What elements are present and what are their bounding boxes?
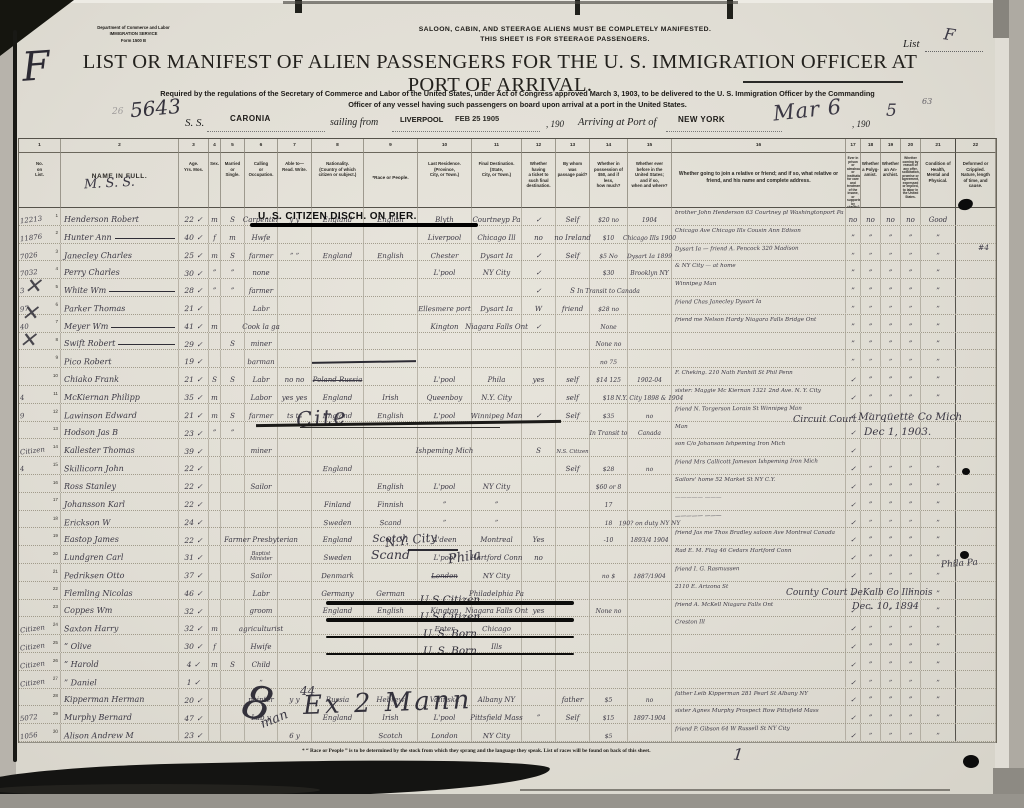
cell-ticket: ✓ xyxy=(522,243,556,260)
column-number-22: 22 xyxy=(956,139,996,153)
cell-race: English xyxy=(364,404,418,421)
cell-ticket xyxy=(522,724,556,741)
cell-passage-paid xyxy=(556,333,590,350)
cell-polygamist: ” xyxy=(861,475,881,492)
cell-before-in-us xyxy=(628,493,672,510)
cell-sex xyxy=(209,600,221,617)
column-header-13: By whom was passage paid? xyxy=(556,153,590,208)
cell-occupation: Sailor xyxy=(245,564,278,581)
column-header-12: Whether having a ticket to such final de… xyxy=(522,153,556,208)
cell-read-write: no no xyxy=(278,368,312,385)
cell-health: ” xyxy=(921,368,956,385)
ss-label: S. S. xyxy=(185,117,204,129)
cell-prison: ” xyxy=(846,244,861,261)
cell-health: ” xyxy=(921,226,956,243)
cell-list-number: 11876 2 xyxy=(19,226,61,243)
cell-read-write xyxy=(278,493,312,510)
cell-name: ” Olive xyxy=(61,635,179,652)
cell-ticket: ✓ xyxy=(522,404,556,421)
cell-read-write xyxy=(278,582,312,599)
cell-passage-paid xyxy=(556,724,590,741)
cell-sex: f xyxy=(209,635,221,652)
cell-name: Coppes Wm xyxy=(61,600,179,617)
list-number-handwritten: 12213 xyxy=(20,215,43,225)
cell-joining-relative: sister Agnes Murphy Prospect Row Pittsfi… xyxy=(672,706,846,723)
strike-line xyxy=(408,549,458,551)
line-number: 6 xyxy=(55,302,58,307)
column-number-2: 2 xyxy=(61,139,179,153)
cell-ticket xyxy=(522,564,556,581)
cell-ticket xyxy=(522,457,556,474)
cell-money: $28 xyxy=(590,457,628,474)
line-number: 30 xyxy=(53,730,58,735)
cell-money: In Transit to xyxy=(590,422,628,439)
cell-last-residence: L'pool xyxy=(418,368,472,385)
column-header-18: Whether a Polyg- amist. xyxy=(861,153,881,208)
cell-ticket xyxy=(522,493,556,510)
cell-married-single xyxy=(221,350,245,367)
cell-ticket: ✓ xyxy=(522,315,556,332)
column-header-6: Calling or Occupation. xyxy=(245,153,278,208)
line-number: 20 xyxy=(53,552,58,557)
cell-last-residence xyxy=(418,350,472,367)
column-number-3: 3 xyxy=(179,139,209,153)
cell-anarchist: ” xyxy=(881,386,901,403)
cell-name: Flemling Nicolas xyxy=(61,582,179,599)
cell-destination xyxy=(472,457,522,474)
cell-age: 22 ✓ xyxy=(179,475,209,492)
cell-destination xyxy=(472,422,522,439)
cell-destination: NY City xyxy=(472,724,522,741)
cell-joining-relative: friend I. G. Rasmussen xyxy=(672,563,846,581)
cell-ticket xyxy=(522,350,556,367)
cell-anarchist: ” xyxy=(881,564,901,581)
cell-sex: ” xyxy=(209,422,221,439)
manifest-row: 16 Ross Stanley 22 ✓ Sailor English L'po… xyxy=(19,475,996,493)
cell-sex: m xyxy=(209,653,221,670)
notice-line-2: THIS SHEET IS FOR STEERAGE PASSENGERS. xyxy=(330,36,800,43)
cell-name: Pico Robert xyxy=(61,350,179,368)
cell-contract-labor: ” xyxy=(901,510,921,527)
cell-last-residence: L'pool xyxy=(418,261,472,278)
cell-before-in-us: 1897-1904 xyxy=(628,706,672,723)
cell-ticket: S xyxy=(522,439,556,456)
cell-last-residence: Chester xyxy=(418,243,472,260)
cell-destination: ” xyxy=(472,493,522,510)
cell-contract-labor: ” xyxy=(901,546,921,563)
cell-list-number: 17 xyxy=(19,493,61,510)
line-number: 2 xyxy=(55,231,58,236)
court-note-row14-place: Marquette Co Mich xyxy=(858,411,962,423)
cell-health: ” xyxy=(921,510,956,527)
cell-age: 23 ✓ xyxy=(179,422,209,439)
cell-polygamist: ” xyxy=(861,528,881,545)
cell-destination: Winnipeg Man xyxy=(472,404,522,421)
cell-destination: NY City xyxy=(472,475,522,492)
cell-name: McKiernan Philipp xyxy=(61,386,179,403)
tally-scrawl: Ex 2 Mann xyxy=(303,685,473,721)
scan-left-edge xyxy=(13,30,17,762)
manifest-row: 3 5 White Wm 28 ✓ ” ” farmer ✓ S In Tran… xyxy=(19,279,996,297)
cell-before-in-us xyxy=(628,617,672,634)
manifest-row: 7032 4 Perry Charles 30 ✓ ” ” none L'poo… xyxy=(19,261,996,279)
cell-destination xyxy=(472,350,522,367)
cell-deformed xyxy=(956,706,996,723)
cell-ticket: yes xyxy=(522,368,556,385)
cell-contract-labor: ” xyxy=(901,350,921,367)
cell-name: Ross Stanley xyxy=(61,475,179,492)
us-born-strike: U. S. Born xyxy=(330,628,570,640)
cell-health: ” xyxy=(921,350,956,367)
us-citizen-strike: U S Citizen xyxy=(330,594,570,606)
column-number-1: 1 xyxy=(19,139,61,153)
cell-money: $15 xyxy=(590,706,628,723)
cell-nationality: Poland Russia xyxy=(312,368,364,385)
cell-ticket: ✓ xyxy=(522,279,556,296)
column-number-14: 14 xyxy=(590,139,628,153)
cell-polygamist: ” xyxy=(861,546,881,563)
cell-occupation: Farmer Presbyterian xyxy=(245,528,278,545)
cell-before-in-us xyxy=(628,724,672,741)
cell-anarchist: ” xyxy=(881,244,901,261)
cell-money xyxy=(590,439,628,456)
ink-blot xyxy=(962,468,970,475)
cell-sex xyxy=(209,350,221,367)
cell-married-single xyxy=(221,510,245,527)
cell-age: 22 ✓ xyxy=(179,208,209,225)
cell-race xyxy=(364,226,418,243)
cell-age: 37 ✓ xyxy=(179,564,209,581)
cell-polygamist: ” xyxy=(861,279,881,296)
cell-occupation: Labr xyxy=(245,582,278,599)
cell-read-write xyxy=(278,261,312,278)
cell-sex: m xyxy=(209,617,221,634)
cell-nationality xyxy=(312,261,364,278)
cell-prison: ✓ xyxy=(846,671,861,688)
cell-occupation: farmer xyxy=(245,279,278,296)
cell-deformed xyxy=(956,439,996,456)
cell-money: None no xyxy=(590,333,628,350)
cell-age: 29 ✓ xyxy=(179,333,209,350)
list-number-handwritten: 1056 xyxy=(20,732,39,741)
cell-read-write: 6 y xyxy=(278,724,312,741)
cell-age: 1 ✓ xyxy=(179,671,209,688)
cell-deformed xyxy=(956,510,996,527)
line-number: 10 xyxy=(53,374,58,379)
column-number-row: 12345678910111213141516171819202122 xyxy=(19,139,996,153)
cell-before-in-us xyxy=(628,546,672,563)
cell-name: Chiako Frank xyxy=(61,368,179,385)
cell-list-number: Citizen 24 xyxy=(19,617,61,634)
cell-read-write xyxy=(278,297,312,314)
line-number: 16 xyxy=(53,481,58,486)
line-number: 15 xyxy=(53,463,58,468)
cell-anarchist: ” xyxy=(881,368,901,385)
list-number-handwritten: 9 xyxy=(20,412,25,420)
cell-sex xyxy=(209,671,221,688)
cell-race xyxy=(364,350,418,367)
line-number: 24 xyxy=(53,623,58,628)
cell-list-number: 19 xyxy=(19,528,61,545)
cell-deformed xyxy=(956,208,996,225)
manifest-row: 12213 1 Henderson Robert 22 ✓ m S Carpen… xyxy=(19,208,996,226)
cell-prison: ” xyxy=(846,279,861,296)
cell-money xyxy=(590,582,628,599)
cell-read-write xyxy=(278,457,312,474)
cell-health: ” xyxy=(921,706,956,723)
cell-money: None no xyxy=(590,600,628,617)
cell-sex: m xyxy=(209,208,221,225)
cell-age: 32 ✓ xyxy=(179,617,209,634)
cell-prison: ” xyxy=(846,261,861,278)
cell-polygamist: ” xyxy=(861,297,881,314)
cell-list-number: 22 xyxy=(19,582,61,599)
cell-last-residence: London xyxy=(418,564,472,581)
cell-contract-labor: ” xyxy=(901,724,921,741)
cell-anarchist: ” xyxy=(881,724,901,741)
cell-health: ” xyxy=(921,297,956,314)
cell-before-in-us: no xyxy=(628,457,672,474)
column-number-21: 21 xyxy=(921,139,956,153)
column-header-15: Whether ever before in the United States… xyxy=(628,153,672,208)
line-number: 22 xyxy=(53,587,58,592)
cell-before-in-us: N.Y. City 1898 & 1904 xyxy=(628,386,672,403)
court-note-row24-date: Dec. 10, 1894 xyxy=(852,601,919,612)
court-note-row14: Circuit Court xyxy=(793,414,857,425)
cell-age: 22 ✓ xyxy=(179,493,209,510)
cell-nationality xyxy=(312,226,364,243)
sheet-number-handwritten: 5643 xyxy=(129,94,182,122)
cell-passage-paid xyxy=(556,510,590,527)
line-number: 9 xyxy=(55,356,58,361)
cell-race xyxy=(364,564,418,581)
list-number-handwritten: Citizen xyxy=(20,660,46,670)
cell-list-number: 10 xyxy=(19,368,61,385)
cell-contract-labor: ” xyxy=(901,226,921,243)
cell-contract-labor xyxy=(901,439,921,456)
cell-joining-relative: & NY City — at home xyxy=(672,261,846,278)
column-number-12: 12 xyxy=(522,139,556,153)
cell-polygamist: ” xyxy=(861,617,881,634)
scan-bottom-edge xyxy=(520,789,950,791)
cell-health: ” xyxy=(921,617,956,634)
arriving-at-port-label: Arriving at Port of xyxy=(578,117,656,128)
ink-blot xyxy=(963,755,979,768)
cell-name: White Wm xyxy=(61,279,179,296)
cell-name: Henderson Robert xyxy=(61,208,179,225)
cell-age: 23 ✓ xyxy=(179,724,209,741)
cell-married-single xyxy=(221,582,245,599)
cell-prison: ✓ xyxy=(846,635,861,652)
cell-contract-labor: ” xyxy=(901,564,921,581)
cell-before-in-us xyxy=(628,439,672,456)
year-190-print: , 190 xyxy=(546,119,564,129)
cell-name: Saxton Harry xyxy=(61,617,179,635)
strike-line xyxy=(300,427,500,428)
cell-married-single xyxy=(221,457,245,474)
cell-anarchist: ” xyxy=(881,635,901,652)
cell-prison: ✓ xyxy=(846,457,861,474)
cell-nationality xyxy=(312,724,364,741)
manifest-row: 11876 2 Hunter Ann 40 ✓ f m Hwfe Liverpo… xyxy=(19,226,996,244)
list-number-handwritten: Citizen xyxy=(20,447,46,457)
cell-passage-paid: N.S. Citizen xyxy=(556,439,590,456)
cell-age: 20 ✓ xyxy=(179,689,209,706)
column-number-7: 7 xyxy=(278,139,312,153)
cell-polygamist: ” xyxy=(861,386,881,403)
cell-occupation: Cook la ga xyxy=(245,315,278,332)
cell-money: -10 xyxy=(590,528,628,545)
cell-money xyxy=(590,653,628,670)
cell-married-single: S xyxy=(221,653,245,670)
cell-married-single xyxy=(221,493,245,510)
cell-prison: ” xyxy=(846,315,861,332)
cell-before-in-us xyxy=(628,333,672,350)
cell-anarchist: ” xyxy=(881,457,901,474)
cell-deformed xyxy=(956,226,996,243)
column-number-19: 19 xyxy=(881,139,901,153)
cell-before-in-us xyxy=(628,582,672,599)
cell-occupation: none xyxy=(245,261,278,278)
cell-nationality xyxy=(312,475,364,492)
arrival-port: NEW YORK xyxy=(678,115,725,124)
cell-polygamist: ” xyxy=(861,493,881,510)
cell-health: ” xyxy=(921,600,956,617)
cell-polygamist: ” xyxy=(861,261,881,278)
cell-married-single xyxy=(221,297,245,314)
cell-deformed xyxy=(956,724,996,741)
cell-ticket xyxy=(522,475,556,492)
cell-joining-relative: father Leib Kipperman 281 Pearl St Alban… xyxy=(672,689,846,706)
cell-health: ” xyxy=(921,386,956,403)
list-number-handwritten: 7026 xyxy=(20,251,39,260)
cell-before-in-us: Chicago Ills 1900 xyxy=(628,226,672,243)
cell-polygamist: no xyxy=(861,208,881,225)
cell-ticket: ✓ xyxy=(522,261,556,278)
cell-sex xyxy=(209,564,221,581)
manifest-row: 10 Chiako Frank 21 ✓ S S Labr no no Pola… xyxy=(19,368,996,386)
cell-read-write xyxy=(278,635,312,652)
cell-nationality: England xyxy=(312,386,364,403)
column-header-row: No. on List.NAME IN FULL.Age. Yrs. Mos.S… xyxy=(19,153,996,208)
cell-list-number: 1056 30 xyxy=(19,724,61,741)
page-number-handwritten: 1 xyxy=(732,745,744,765)
cell-nationality xyxy=(312,350,364,367)
cell-health: ” xyxy=(921,475,956,492)
cell-name: Alison Andrew M xyxy=(61,724,179,742)
cell-anarchist: ” xyxy=(881,671,901,688)
cell-money: $30 xyxy=(590,261,628,278)
cell-money: $14 125 xyxy=(590,368,628,385)
cell-deformed xyxy=(956,653,996,670)
cell-polygamist: ” xyxy=(861,510,881,527)
manifest-row: 5072 29 Murphy Bernard 47 ✓ Lab y Englan… xyxy=(19,706,996,724)
column-header-4: Sex. xyxy=(209,153,221,208)
cell-list-number: Citizen 27 xyxy=(19,671,61,688)
cell-read-write xyxy=(278,226,312,243)
cell-list-number: 5072 29 xyxy=(19,706,61,723)
line-number: 3 xyxy=(55,249,58,254)
cell-health xyxy=(921,439,956,456)
cell-deformed xyxy=(956,475,996,492)
column-number-5: 5 xyxy=(221,139,245,153)
line-number: 14 xyxy=(53,445,58,450)
manifest-row: 20 Lundgren Carl 31 ✓ Baptist Minister S… xyxy=(19,546,996,564)
cell-health: ” xyxy=(921,457,956,474)
cell-prison: ” xyxy=(846,350,861,367)
cell-list-number: Citizen 25 xyxy=(19,635,61,652)
cell-prison: ✓ xyxy=(846,386,861,403)
line-number: 28 xyxy=(53,694,58,699)
cell-age: 21 ✓ xyxy=(179,297,209,314)
cell-contract-labor: no xyxy=(901,208,921,225)
cell-sex xyxy=(209,724,221,741)
cell-read-write xyxy=(278,617,312,634)
cell-anarchist: ” xyxy=(881,617,901,634)
line-number: 29 xyxy=(53,712,58,717)
cell-ticket xyxy=(522,386,556,403)
cell-contract-labor: ” xyxy=(901,689,921,706)
cell-sex xyxy=(209,297,221,314)
cell-list-number: 13 xyxy=(19,422,61,439)
cell-money xyxy=(590,671,628,688)
cell-destination: Dysart Ia xyxy=(472,297,522,314)
cell-destination: NY City xyxy=(472,261,522,278)
cell-sex xyxy=(209,546,221,563)
cell-before-in-us xyxy=(628,350,672,367)
cell-ticket xyxy=(522,689,556,706)
cell-nationality: Finland xyxy=(312,493,364,510)
cell-occupation: groom xyxy=(245,600,278,617)
manifest-scan: Department of Commerce and Labor IMMIGRA… xyxy=(0,0,1024,808)
sailing-blank-line xyxy=(392,130,540,132)
cell-occupation: Hwife xyxy=(245,635,278,652)
cell-name: Perry Charles xyxy=(61,261,179,278)
cell-occupation: Baptist Minister xyxy=(245,546,278,563)
list-number-handwritten: 4 xyxy=(20,466,25,474)
cell-married-single: ” xyxy=(221,279,245,296)
cell-age: 21 ✓ xyxy=(179,404,209,421)
cell-age: 22 ✓ xyxy=(179,457,209,474)
margin-hash-mark: #4 xyxy=(978,243,989,252)
cell-sex: ” xyxy=(209,261,221,278)
cell-age: 30 ✓ xyxy=(179,635,209,652)
cell-passage-paid: Self xyxy=(556,706,590,723)
cell-prison: ✓ xyxy=(846,439,861,456)
cell-nationality: Sweden xyxy=(312,546,364,563)
manifest-row: 4 15 Skillicorn John 22 ✓ England Self $… xyxy=(19,457,996,475)
cell-ticket: ” xyxy=(522,706,556,723)
cell-nationality: Denmark xyxy=(312,564,364,581)
column-number-15: 15 xyxy=(628,139,672,153)
manifest-row: 17 Johansson Karl 22 ✓ Finland Finnish ”… xyxy=(19,493,996,511)
cell-joining-relative: ————— ——— xyxy=(672,493,846,510)
cell-prison: ✓ xyxy=(846,689,861,706)
cell-money: $20 no xyxy=(590,208,628,225)
cell-contract-labor: ” xyxy=(901,617,921,634)
cell-before-in-us xyxy=(628,600,672,617)
cell-contract-labor: ” xyxy=(901,475,921,492)
cell-prison: ✓ xyxy=(846,528,861,545)
line-number: 18 xyxy=(53,516,58,521)
cell-ticket: ✓ xyxy=(522,208,556,225)
cell-read-write xyxy=(278,439,312,456)
cell-name: Meyer Wm xyxy=(61,315,179,332)
column-header-8: Nationality. (Country of which citizen o… xyxy=(312,153,364,208)
cell-contract-labor: ” xyxy=(901,368,921,385)
manifest-row: 18 Erickson W 24 ✓ Sweden Scand ” ” 18 1… xyxy=(19,511,996,529)
name-header-script: M. S. S. xyxy=(84,175,136,193)
